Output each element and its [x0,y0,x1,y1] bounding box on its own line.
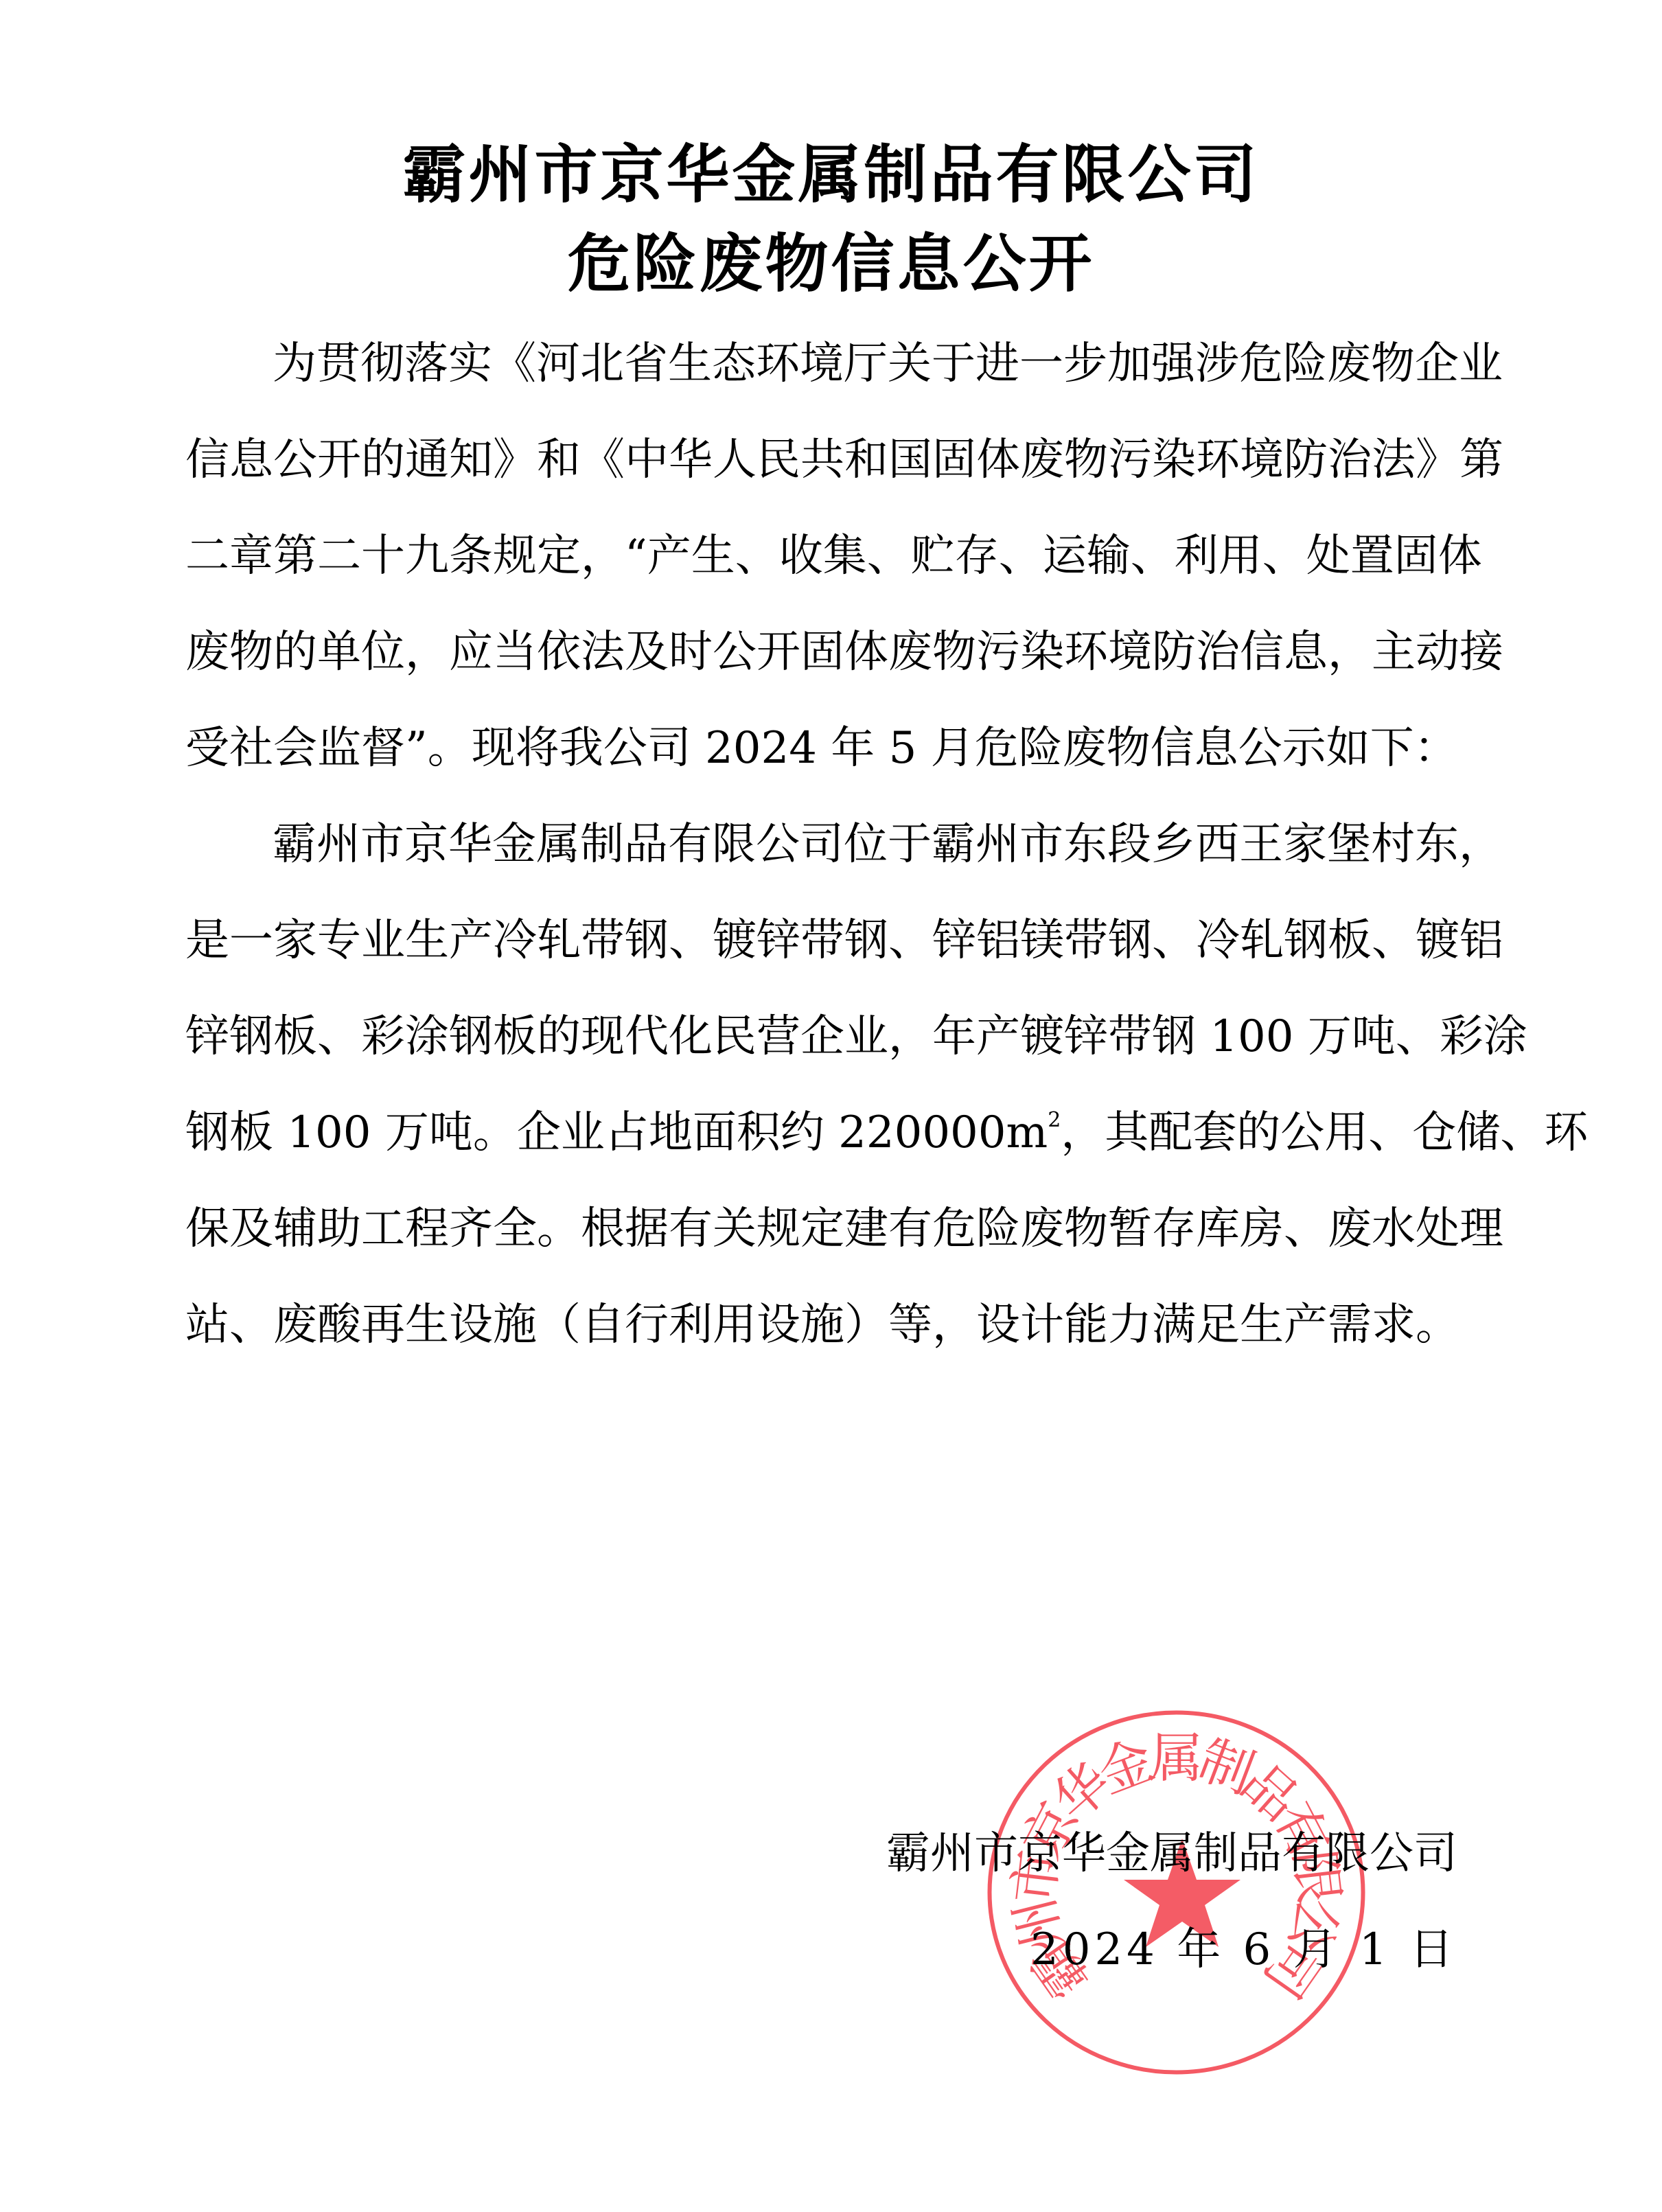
seal-character: 制 [1190,1729,1262,1806]
area-text-tail: ，其配套的公用、仓储、环 [1061,1107,1588,1158]
document-title-company: 霸州市京华金属制品有限公司 [0,137,1662,213]
paragraph-2-line-1: 霸州市京华金属制品有限公司位于霸州市东段乡西王家堡村东， [273,817,1462,872]
seal-character: 品 [1230,1751,1311,1833]
document-page: 霸州市京华金属制品有限公司 危险废物信息公开 为贯彻落实《河北省生态环境厅关于进… [0,0,1662,2212]
signature-company: 霸州市京华金属制品有限公司 [886,1826,1457,1881]
paragraph-1-line-2: 信息公开的通知》和《中华人民共和国固体废物污染环境防治法》第 [185,433,1462,487]
paragraph-1-line-1: 为贯彻落实《河北省生态环境厅关于进一步加强涉危险废物企业 [273,336,1462,391]
area-text: 钢板 100 万吨。企业占地面积约 220000m [185,1107,1048,1158]
signature-date: 2024 年 6 月 1 日 [1030,1922,1457,1977]
area-superscript: 2 [1048,1108,1061,1132]
document-title-subject: 危险废物信息公开 [0,227,1662,302]
seal-character: 金 [1090,1729,1162,1806]
seal-character: 华 [1042,1751,1123,1833]
seal-character: 属 [1149,1728,1203,1790]
paragraph-2-line-5: 保及辅助工程齐全。根据有关规定建有危险废物暂存库房、废水处理 [185,1201,1462,1256]
paragraph-2-line-4: 钢板 100 万吨。企业占地面积约 220000m2，其配套的公用、仓储、环 [185,1105,1462,1160]
company-seal: 霸州市京华金属制品有限公司 [986,1709,1366,2075]
paragraph-2-line-2: 是一家专业生产冷轧带钢、镀锌带钢、锌铝镁带钢、冷轧钢板、镀铝 [185,913,1462,968]
paragraph-1-line-3: 二章第二十九条规定，“产生、收集、贮存、运输、利用、处置固体 [185,529,1462,584]
seal-graphic: 霸州市京华金属制品有限公司 [986,1709,1366,2075]
seal-ring [990,1713,1363,2073]
paragraph-1-line-5: 受社会监督”。现将我公司 2024 年 5 月危险废物信息公示如下： [185,721,1462,776]
paragraph-2-line-6: 站、废酸再生设施（自行利用设施）等，设计能力满足生产需求。 [185,1298,1462,1352]
paragraph-1-line-4: 废物的单位，应当依法及时公开固体废物污染环境防治信息，主动接 [185,625,1462,680]
paragraph-2-line-3: 锌钢板、彩涂钢板的现代化民营企业，年产镀锌带钢 100 万吨、彩涂 [185,1009,1462,1064]
